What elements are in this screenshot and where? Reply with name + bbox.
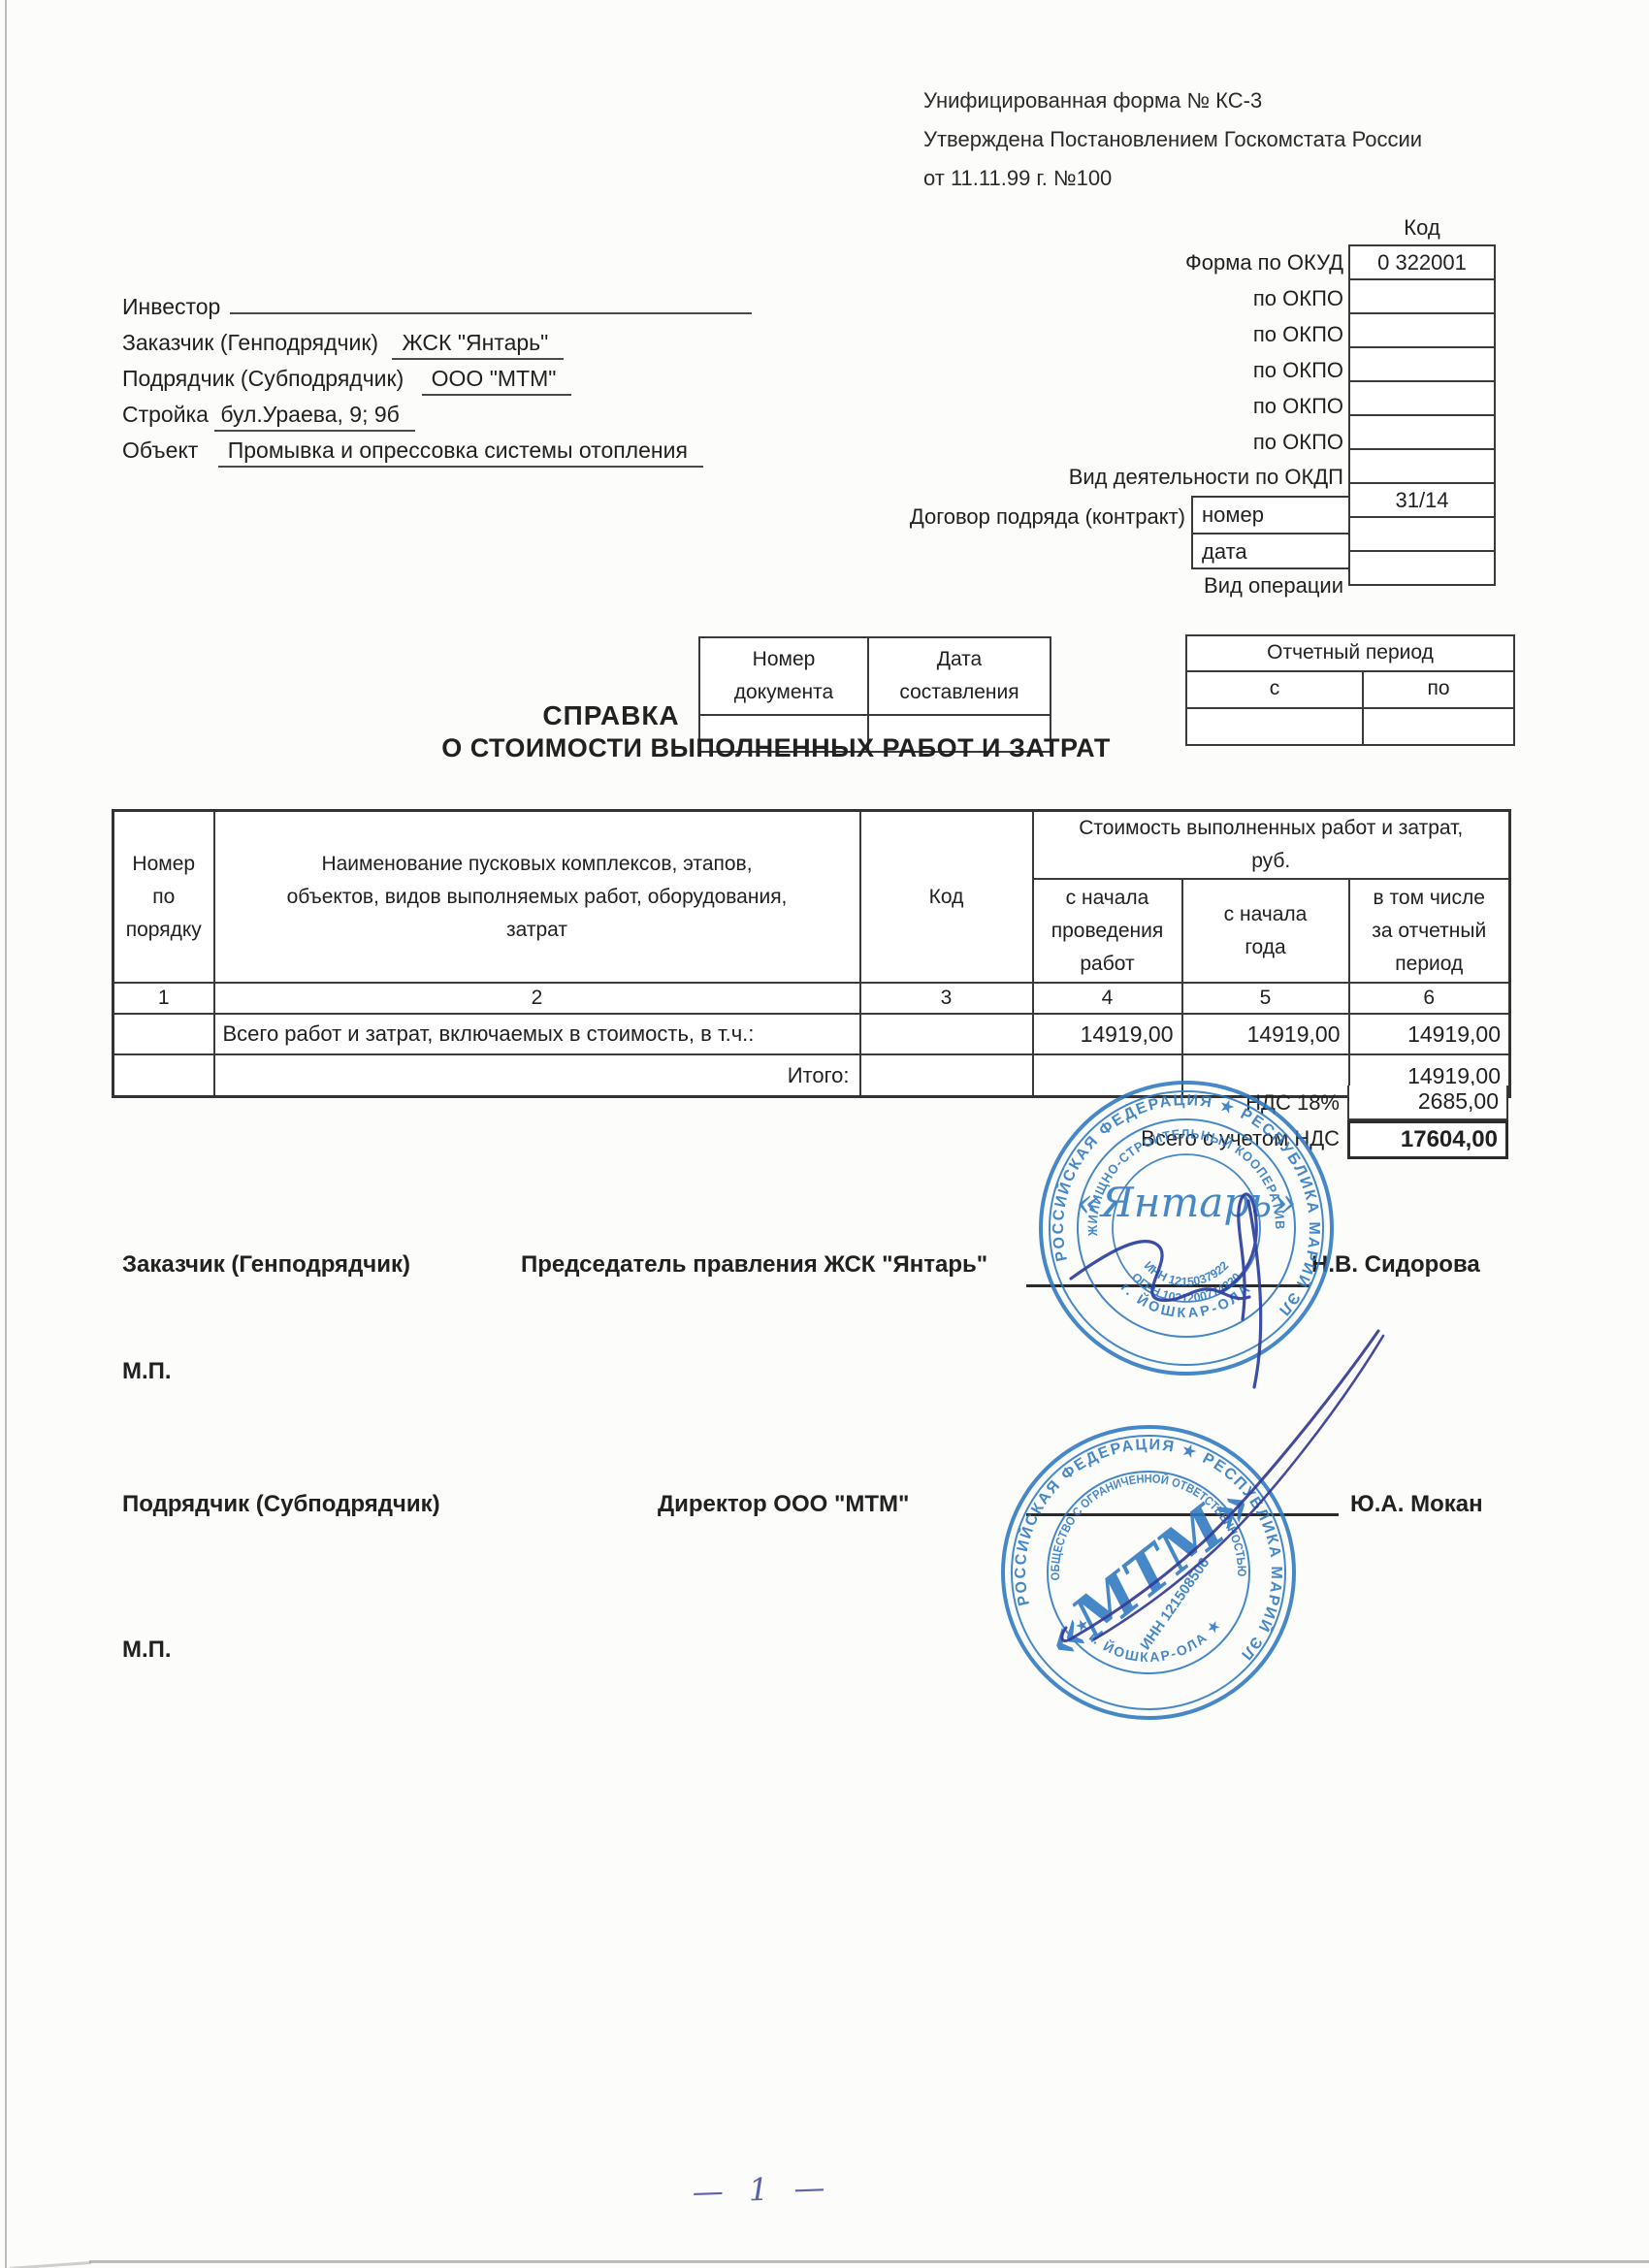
yantar-stamp: РОССИЙСКАЯ ФЕДЕРАЦИЯ ★ РЕСПУБЛИКА МАРИЙ … <box>1026 1068 1346 1388</box>
contractor-position: Директор ООО "МТМ" <box>658 1491 909 1518</box>
label-okpo: по ОКПО <box>1253 359 1343 382</box>
table-row: Всего работ и затрат, включаемых в стоим… <box>113 1014 1510 1054</box>
scan-edge-bottom <box>89 2260 1649 2263</box>
customer-signature-line <box>1026 1284 1309 1287</box>
object-line: Объект Промывка и опрессовка системы ото… <box>122 436 703 465</box>
customer-role: Заказчик (Генподрядчик) <box>122 1251 410 1279</box>
customer-position: Председатель правления ЖСК "Янтарь" <box>521 1251 987 1279</box>
label-okdp: Вид деятельности по ОКДП <box>1069 466 1343 489</box>
customer-label: Заказчик (Генподрядчик) <box>122 330 378 355</box>
code-cell-okpo <box>1348 312 1496 348</box>
period-to-label: по <box>1362 672 1513 707</box>
scanned-document-page: Унифицированная форма № КС-3 Утверждена … <box>0 0 1649 2268</box>
label-operation-kind: Вид операции <box>1204 574 1343 598</box>
column-number: 2 <box>214 983 860 1014</box>
header-reporting-period: в том числе за отчетный период <box>1349 879 1510 983</box>
contractor-value: ООО "МТМ" <box>422 366 572 396</box>
vat-label: НДС 18% <box>1245 1090 1340 1116</box>
report-period-table: Отчетный период с по <box>1185 634 1515 746</box>
contractor-signer-name: Ю.А. Мокан <box>1350 1491 1483 1518</box>
customer-signer-name: Н.В. Сидорова <box>1311 1251 1480 1279</box>
contractor-seal-label: М.П. <box>122 1636 172 1664</box>
contractor-line: Подрядчик (Субподрядчик) ООО "МТМ" <box>122 364 571 393</box>
customer-value: ЖСК "Янтарь" <box>392 330 564 360</box>
object-label: Объект <box>122 437 198 463</box>
contractor-signature-line <box>1026 1513 1339 1516</box>
code-cell-okud: 0 322001 <box>1348 244 1496 280</box>
label-okpo: по ОКПО <box>1253 431 1343 454</box>
codes-title: Код <box>1348 215 1496 241</box>
column-number: 5 <box>1182 983 1349 1014</box>
investor-label: Инвестор <box>122 294 220 319</box>
row-num-cell <box>113 1014 214 1054</box>
contract-date-label: дата <box>1193 533 1348 567</box>
construction-value: бул.Ураева, 9; 9б <box>214 402 415 432</box>
total-with-vat-value-box: 17604,00 <box>1347 1120 1508 1159</box>
construction-line: Стройка бул.Ураева, 9; 9б <box>122 400 415 429</box>
doc-date-header: Дата составления <box>867 638 1050 714</box>
column-number: 6 <box>1349 983 1510 1014</box>
label-okud: Форма по ОКУД <box>1185 251 1343 275</box>
header-name: Наименование пусковых комплексов, этапов… <box>214 811 860 984</box>
row-code-cell <box>860 1054 1033 1097</box>
contract-number-label: номер <box>1193 498 1348 533</box>
header-from-start: с начала проведения работ <box>1033 879 1182 983</box>
header-code: Код <box>860 811 1033 984</box>
contractor-label: Подрядчик (Субподрядчик) <box>122 366 404 391</box>
row-name-cell: Всего работ и затрат, включаемых в стоим… <box>214 1014 860 1054</box>
column-number: 1 <box>113 983 214 1014</box>
yantar-stamp-center-name: «Янтарь» <box>1076 1179 1297 1226</box>
form-header-line: от 11.11.99 г. №100 <box>923 159 1422 198</box>
mtm-stamp-city: ★ г. ЙОШКАР-ОЛА ★ <box>1073 1615 1224 1665</box>
yantar-stamp-ogrn: ОГРН 1021200774330 <box>1129 1270 1244 1305</box>
row-num-cell <box>113 1054 214 1097</box>
code-cell-contract-number: 31/14 <box>1348 482 1496 518</box>
contractor-role: Подрядчик (Субподрядчик) <box>122 1491 440 1518</box>
vat-value-box: 2685,00 <box>1347 1085 1508 1120</box>
label-okpo: по ОКПО <box>1253 395 1343 418</box>
itogo-label-cell: Итого: <box>214 1054 860 1097</box>
row-from-start-cell: 14919,00 <box>1033 1014 1182 1054</box>
scan-edge-left <box>5 0 7 2268</box>
label-okpo: по ОКПО <box>1253 287 1343 310</box>
row-period-cell: 14919,00 <box>1349 1014 1510 1054</box>
code-cell-okpo <box>1348 346 1496 382</box>
document-subtitle: О СТОИМОСТИ ВЫПОЛНЕННЫХ РАБОТ И ЗАТРАТ <box>407 733 1145 763</box>
code-cell-okdp <box>1348 448 1496 484</box>
code-cell-operation <box>1348 550 1496 586</box>
label-contract: Договор подряда (контракт) <box>910 505 1185 529</box>
code-cell-contract-date <box>1348 516 1496 552</box>
period-from-label: с <box>1187 672 1362 707</box>
form-header-line: Унифицированная форма № КС-3 <box>923 81 1422 120</box>
mtm-stamp-center-name: «МТМ» <box>1032 1471 1267 1675</box>
period-to-value <box>1362 709 1513 744</box>
mtm-stamp-inn: ИНН 121508506 <box>1137 1555 1212 1653</box>
investor-line: Инвестор <box>122 291 752 321</box>
mtm-stamp-outer-ring: РОССИЙСКАЯ ФЕДЕРАЦИЯ ★ РЕСПУБЛИКА МАРИЙ … <box>1013 1437 1284 1664</box>
column-number: 3 <box>860 983 1033 1014</box>
form-header: Унифицированная форма № КС-3 Утверждена … <box>923 81 1422 198</box>
column-number: 4 <box>1033 983 1182 1014</box>
header-from-year-start: с начала года <box>1182 879 1349 983</box>
customer-line: Заказчик (Генподрядчик) ЖСК "Янтарь" <box>122 328 564 357</box>
code-cell-okpo <box>1348 414 1496 450</box>
scan-edge-corner <box>10 2261 91 2268</box>
total-with-vat-label: Всего с учетом НДС <box>1141 1126 1340 1151</box>
code-cell-okpo <box>1348 380 1496 416</box>
mtm-stamp: РОССИЙСКАЯ ФЕДЕРАЦИЯ ★ РЕСПУБЛИКА МАРИЙ … <box>988 1412 1309 1733</box>
customer-seal-label: М.П. <box>122 1358 172 1385</box>
object-value: Промывка и опрессовка системы отопления <box>218 437 703 468</box>
contract-number-date-box: номер дата <box>1191 496 1350 569</box>
form-header-line: Утверждена Постановлением Госкомстата Ро… <box>923 120 1422 159</box>
contractor-signature-stroke <box>1062 1331 1383 1641</box>
customer-signature-stroke <box>1071 1194 1261 1387</box>
label-okpo: по ОКПО <box>1253 323 1343 346</box>
header-cost-group: Стоимость выполненных работ и затрат, ру… <box>1033 811 1510 880</box>
investor-blank-underline <box>230 291 752 314</box>
handwritten-page-number: — 1 — <box>664 2168 859 2212</box>
row-code-cell <box>860 1014 1033 1054</box>
construction-label: Стройка <box>122 402 209 427</box>
mtm-stamp-middle-ring: ОБЩЕСТВО С ОГРАНИЧЕННОЙ ОТВЕТСТВЕННОСТЬЮ <box>1049 1472 1248 1580</box>
report-period-title: Отчетный период <box>1187 636 1513 670</box>
row-from-start-cell <box>1033 1054 1182 1097</box>
row-from-year-cell: 14919,00 <box>1182 1014 1349 1054</box>
code-cell-okpo <box>1348 278 1496 314</box>
header-order-number: Номер по порядку <box>113 811 214 984</box>
period-from-value <box>1187 709 1362 744</box>
document-title: СПРАВКА <box>427 700 795 731</box>
codes-value-column: 0 322001 31/14 <box>1348 244 1496 586</box>
main-table: Номер по порядку Наименование пусковых к… <box>112 809 1511 1098</box>
